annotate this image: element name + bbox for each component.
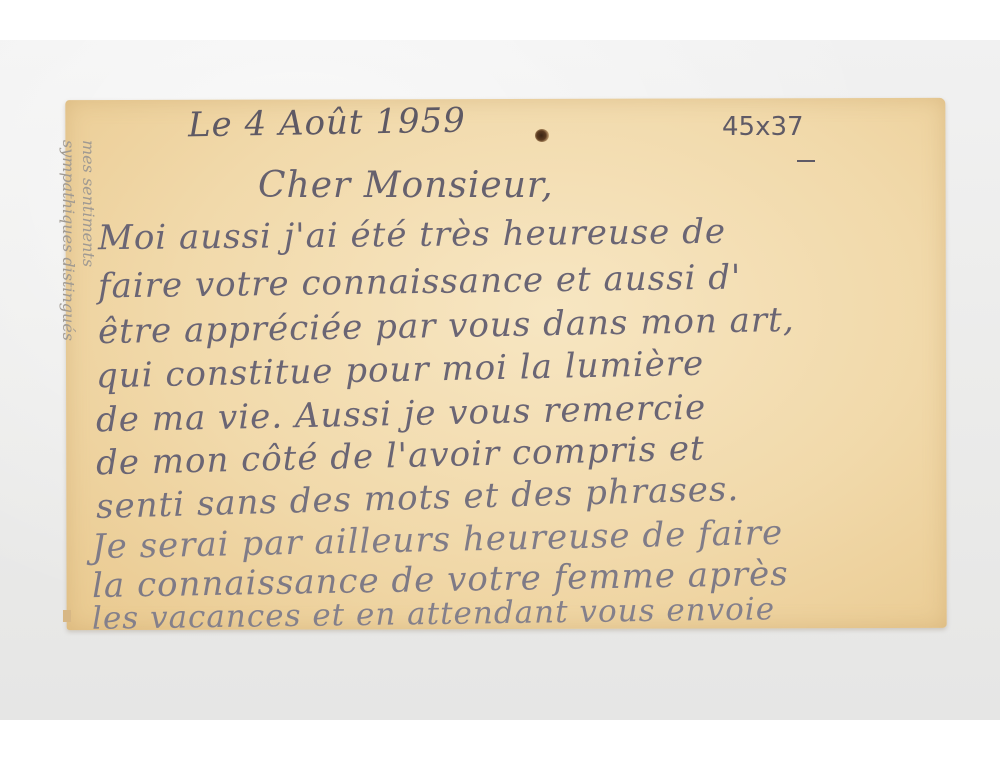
body-line: Moi aussi j'ai été très heureuse de [98,212,726,259]
pin-hole [535,129,549,142]
margin-note-line: mes sentiments [78,140,98,620]
margin-note: mes sentiments sympathiques distingués [58,140,98,620]
dimensions-underline [797,160,815,162]
dimensions-note: 45x37 [722,112,804,142]
letter-date: Le 4 Août 1959 [188,101,467,146]
margin-note-line: sympathiques distingués [58,140,78,620]
letter-greeting: Cher Monsieur, [258,165,554,206]
card-corner-wear [63,610,71,622]
